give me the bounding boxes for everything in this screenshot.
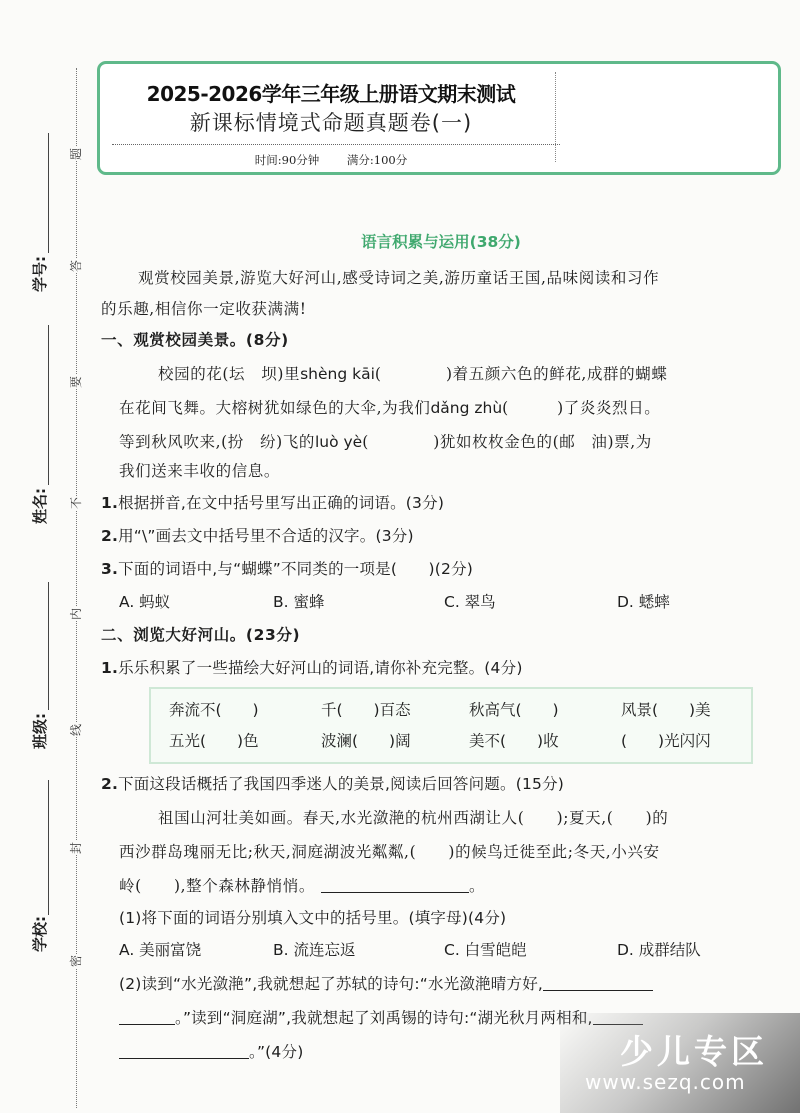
seal-char: 内 bbox=[68, 607, 84, 621]
pinyin: dǎng zhù bbox=[430, 399, 502, 417]
watermark-url: www.sezq.com bbox=[585, 1070, 746, 1094]
divider bbox=[112, 144, 560, 145]
seal-char: 密 bbox=[68, 954, 84, 968]
option-a[interactable]: A. 美丽富饶 bbox=[119, 938, 201, 960]
passage-line: 在花间飞舞。大榕树犹如绿色的大伞,为我们dǎng zhù( )了炎炎烈日。 bbox=[119, 396, 660, 418]
passage-line: 祖国山河壮美如画。春天,水光潋滟的杭州西湖让人( );夏天,( )的 bbox=[158, 806, 668, 828]
word-blank[interactable]: 五光( )色 bbox=[169, 729, 259, 751]
seal-char: 不 bbox=[68, 496, 84, 510]
option-b[interactable]: B. 蜜蜂 bbox=[273, 590, 325, 612]
question-3: 3.下面的词语中,与“蝴蝶”不同类的一项是( )(2分) bbox=[101, 557, 473, 579]
exam-subtitle: 新课标情境式命题真题卷(一) bbox=[110, 107, 552, 137]
seal-char: 答 bbox=[68, 259, 84, 273]
answer-blank[interactable] bbox=[119, 1009, 175, 1025]
school-label: 学校: bbox=[28, 928, 52, 952]
question-2: 2.用“\”画去文中括号里不合适的汉字。(3分) bbox=[101, 524, 414, 546]
exam-meta: 时间:90分钟 满分:100分 bbox=[110, 152, 552, 168]
intro-text: 观赏校园美景,游览大好河山,感受诗词之美,游历童话王国,品味阅读和习作 bbox=[138, 266, 659, 288]
passage-line: 西沙群岛瑰丽无比;秋天,洞庭湖波光粼粼,( )的候鸟迁徙至此;冬天,小兴安 bbox=[119, 840, 660, 862]
passage-line: 岭( ),整个森林静悄悄。。 bbox=[119, 874, 485, 896]
student-id-line[interactable] bbox=[48, 133, 49, 253]
school-line[interactable] bbox=[48, 780, 49, 915]
passage-line: 等到秋风吹来,(扮 纷)飞的luò yè( )犹如枚枚金色的(邮 油)票,为 bbox=[119, 430, 652, 452]
option-b[interactable]: B. 流连忘返 bbox=[273, 938, 356, 960]
pinyin: luò yè bbox=[315, 433, 362, 451]
binding-seal-line bbox=[76, 68, 77, 1108]
option-d[interactable]: D. 成群结队 bbox=[617, 938, 701, 960]
divider bbox=[555, 72, 556, 162]
exam-header: 2025-2026学年三年级上册语文期末测试 新课标情境式命题真题卷(一) 时间… bbox=[97, 61, 781, 175]
word-blank[interactable]: 美不( )收 bbox=[469, 729, 559, 751]
word-blank[interactable]: 千( )百态 bbox=[321, 698, 411, 720]
word-blank[interactable]: ( )光闪闪 bbox=[621, 729, 711, 751]
answer-blank[interactable] bbox=[119, 1043, 249, 1059]
exam-full-score: 满分:100分 bbox=[347, 153, 407, 167]
passage-line: 校园的花(坛 坝)里shèng kāi( )着五颜六色的鲜花,成群的蝴蝶 bbox=[158, 362, 667, 384]
question-2-2: 2.下面这段话概括了我国四季迷人的美景,阅读后回答问题。(15分) bbox=[101, 772, 564, 794]
word-blank[interactable]: 秋高气( ) bbox=[469, 698, 559, 720]
section-title: 语言积累与运用(38分) bbox=[101, 230, 781, 252]
answer-blank[interactable] bbox=[321, 877, 469, 893]
seal-char: 封 bbox=[68, 841, 84, 855]
exam-title: 2025-2026学年三年级上册语文期末测试 bbox=[110, 78, 552, 107]
intro-text: 的乐趣,相信你一定收获满满! bbox=[101, 297, 307, 319]
student-name-label: 姓名: bbox=[28, 500, 52, 524]
watermark-logo: 少儿专区 bbox=[620, 1026, 768, 1073]
pinyin: shèng kāi bbox=[300, 365, 375, 383]
word-blank[interactable]: 奔流不( ) bbox=[169, 698, 259, 720]
answer-blank[interactable] bbox=[543, 975, 653, 991]
sub-question-2: 。”(4分) bbox=[119, 1040, 303, 1062]
question-2-1: 1.乐乐积累了一些描绘大好河山的词语,请你补充完整。(4分) bbox=[101, 656, 523, 678]
sub-question-1: (1)将下面的词语分别填入文中的括号里。(填字母)(4分) bbox=[119, 906, 506, 928]
student-name-line[interactable] bbox=[48, 325, 49, 485]
class-label: 班级: bbox=[28, 725, 52, 749]
passage-line: 我们送来丰收的信息。 bbox=[119, 459, 280, 481]
word-fill-box: 奔流不( ) 千( )百态 秋高气( ) 风景( )美 五光( )色 波澜( )… bbox=[149, 687, 753, 764]
word-blank[interactable]: 风景( )美 bbox=[621, 698, 711, 720]
exam-time: 时间:90分钟 bbox=[255, 153, 320, 167]
seal-char: 题 bbox=[68, 147, 84, 161]
seal-char: 线 bbox=[68, 723, 84, 737]
student-id-label: 学号: bbox=[28, 268, 52, 292]
option-c[interactable]: C. 白雪皑皑 bbox=[444, 938, 527, 960]
option-a[interactable]: A. 蚂蚁 bbox=[119, 590, 170, 612]
class-line[interactable] bbox=[48, 582, 49, 710]
word-blank[interactable]: 波澜( )阔 bbox=[321, 729, 411, 751]
part2-heading: 二、浏览大好河山。(23分) bbox=[101, 623, 300, 645]
option-c[interactable]: C. 翠鸟 bbox=[444, 590, 496, 612]
question-1: 1.根据拼音,在文中括号里写出正确的词语。(3分) bbox=[101, 491, 444, 513]
part1-heading: 一、观赏校园美景。(8分) bbox=[101, 328, 289, 350]
sub-question-2: (2)读到“水光潋滟”,我就想起了苏轼的诗句:“水光潋滟晴方好, bbox=[119, 972, 653, 994]
option-d[interactable]: D. 蟋蟀 bbox=[617, 590, 670, 612]
seal-char: 要 bbox=[68, 375, 84, 389]
